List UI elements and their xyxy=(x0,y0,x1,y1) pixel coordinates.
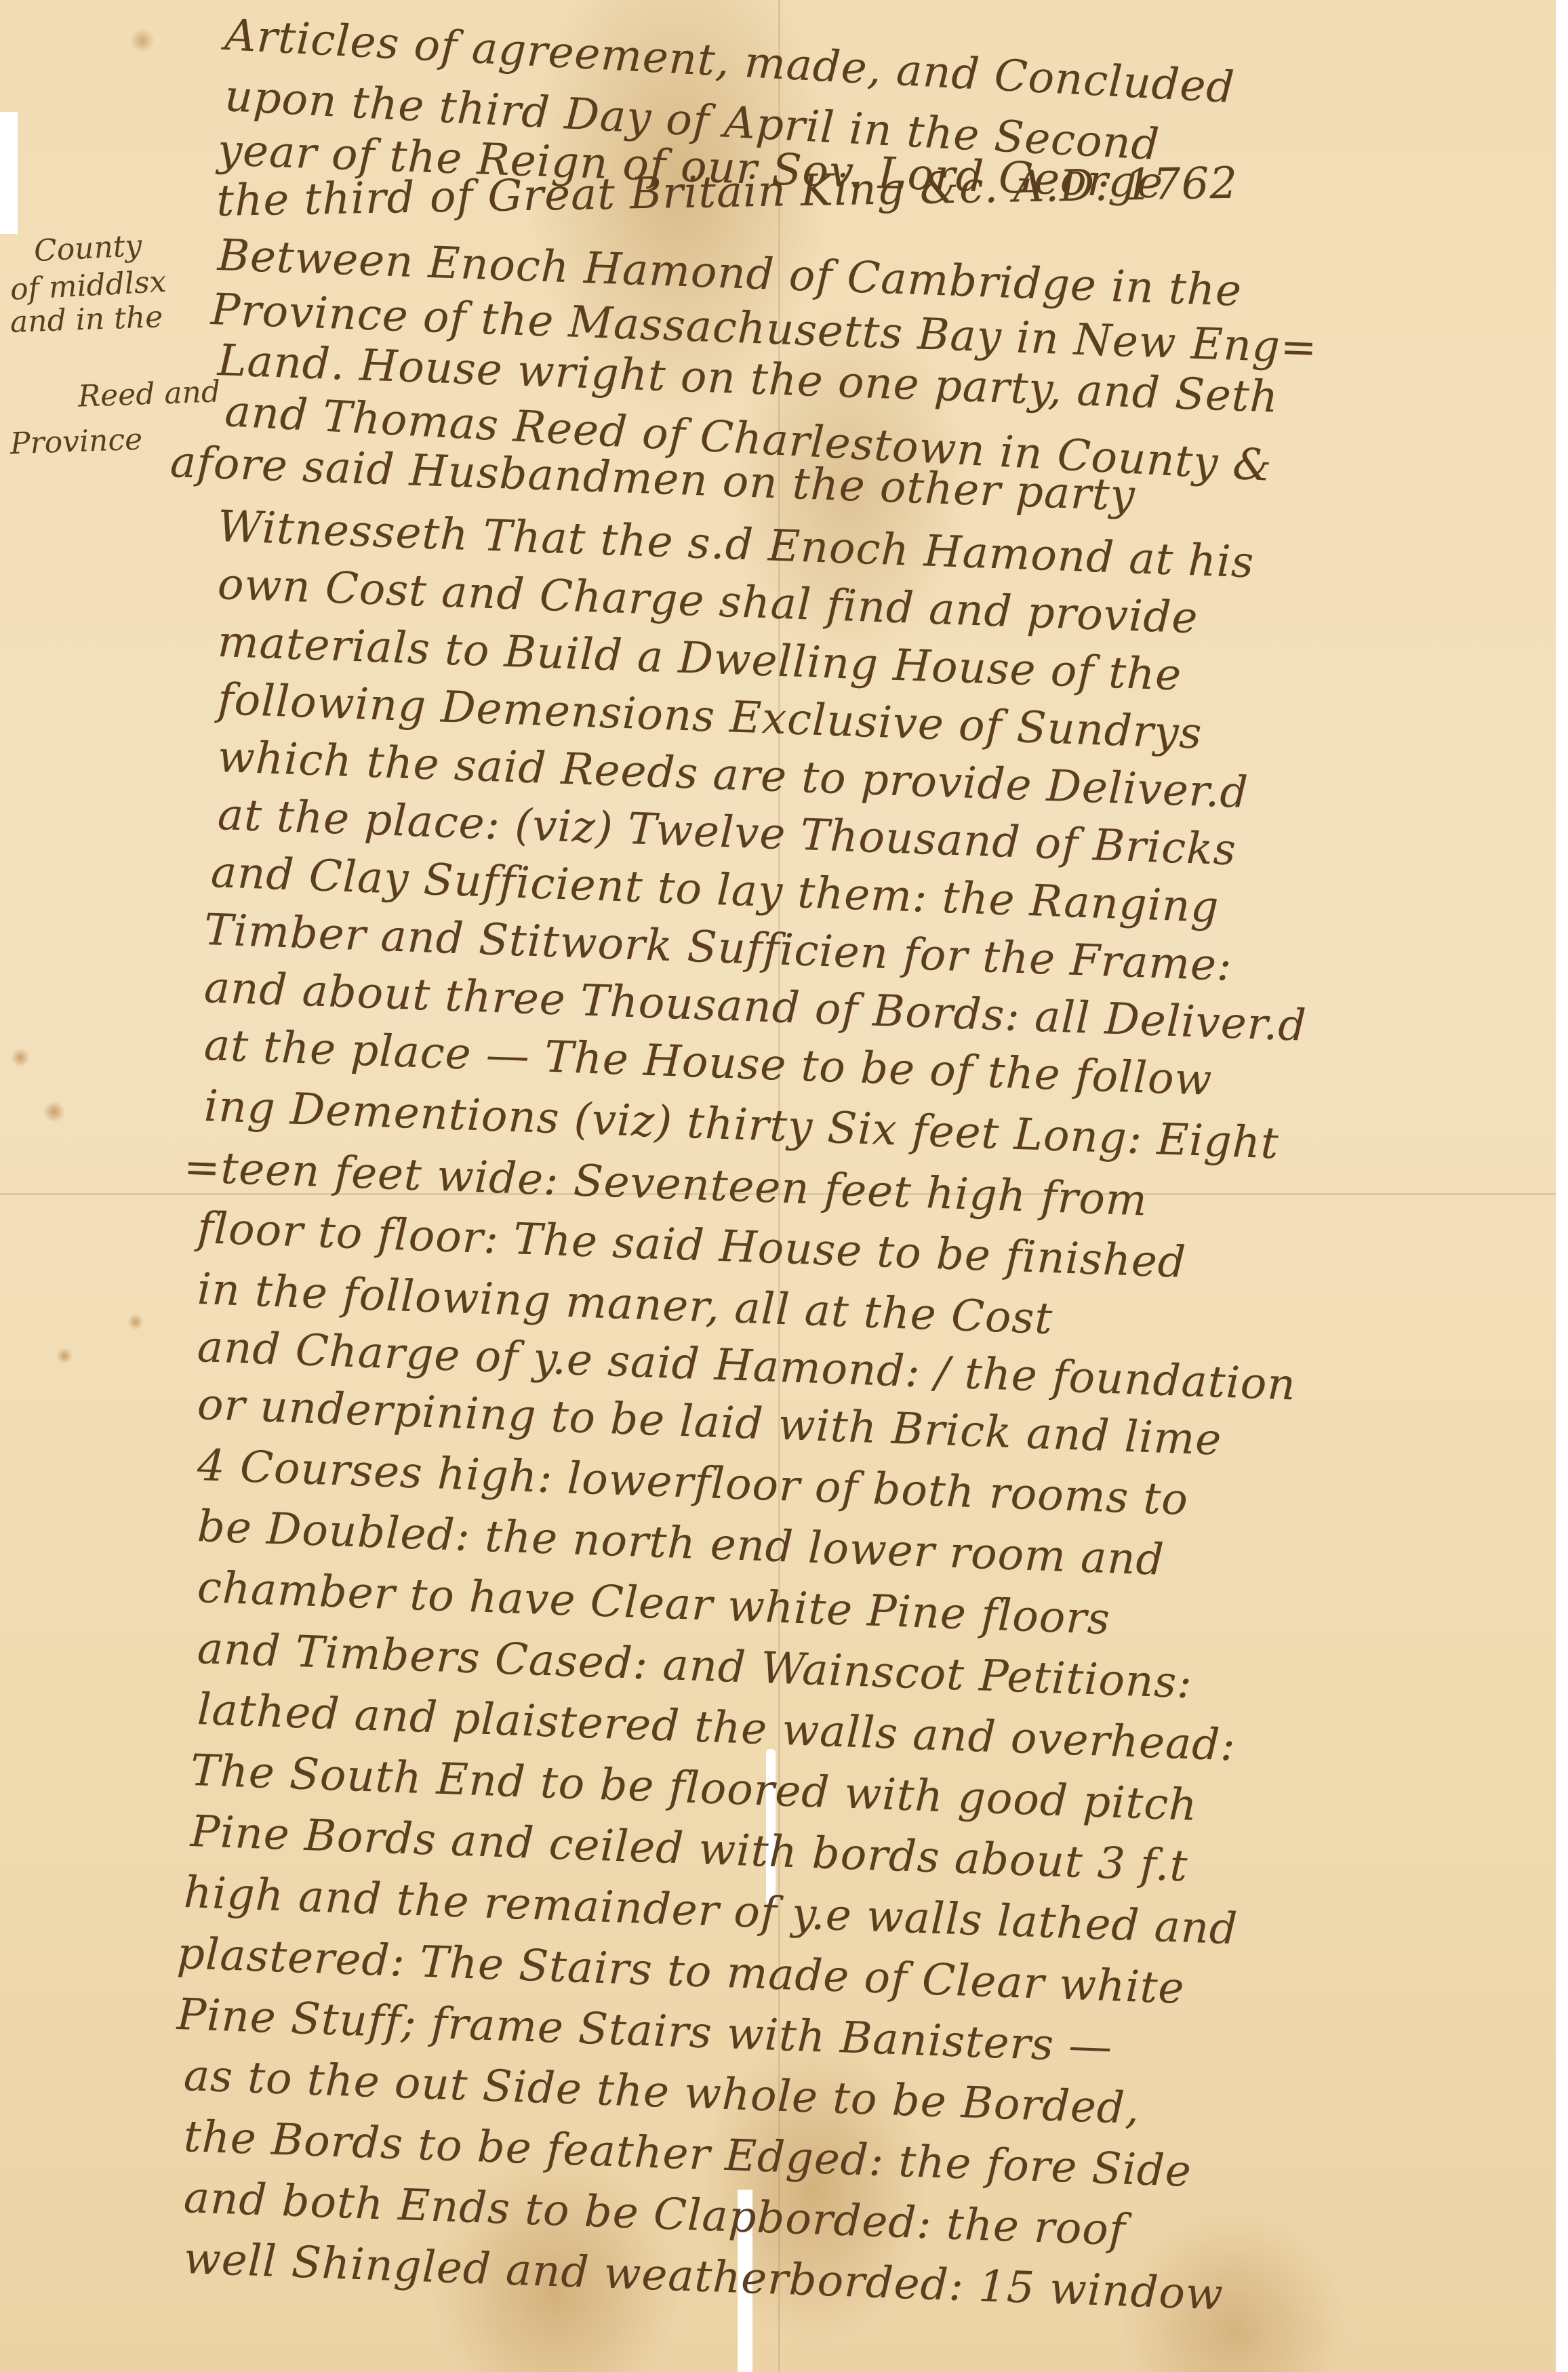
margin-note-middlesex: of middlsx xyxy=(9,267,167,305)
margin-note-reed-and: Reed and xyxy=(77,377,221,411)
torn-edge-left xyxy=(0,112,18,234)
margin-note-county: County xyxy=(33,231,142,266)
page-edge-right xyxy=(1556,0,1568,2372)
margin-note-province: Province xyxy=(9,425,142,460)
margin-note-and-in-the: and in the xyxy=(9,302,163,338)
